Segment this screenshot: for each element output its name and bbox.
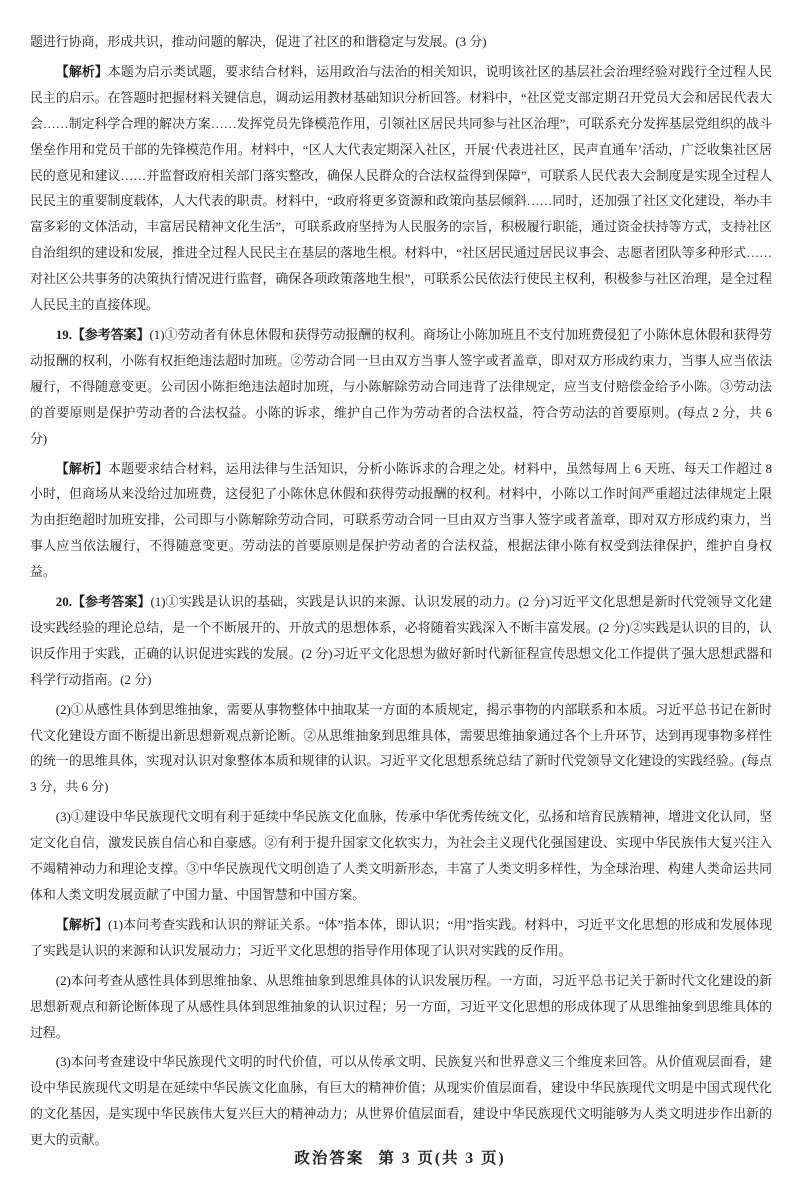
- q19-analysis-paragraph: 【解析】本题要求结合材料，运用法律与生活知识，分析小陈诉求的合理之处。材料中，虽…: [30, 457, 772, 587]
- q20-analysis-part1-paragraph: 【解析】(1)本问考查实践和认识的辩证关系。“体”指本体，即认识；“用”指实践。…: [30, 913, 772, 965]
- answer-sheet-body: 题进行协商，形成共识，推动问题的解决，促进了社区的和谐稳定与发展。(3 分) 【…: [30, 30, 772, 1154]
- q20-analysis-part2-paragraph: (2)本问考查从感性具体到思维抽象、从思维抽象到思维具体的认识发展历程。一方面，…: [30, 969, 772, 1047]
- exam-answer-page: { "document": { "paragraphs": [ { "prefi…: [0, 0, 800, 1198]
- paragraph-text: (1)本问考查实践和认识的辩证关系。“体”指本体，即认识；“用”指实践。材料中，…: [30, 918, 772, 958]
- reference-answer-label: 19.【参考答案】: [56, 328, 150, 342]
- q20-analysis-part3-paragraph: (3)本问考查建设中华民族现代文明的时代价值，可以从传承文明、民族复兴和世界意义…: [30, 1050, 772, 1154]
- page-footer: 政治答案第 3 页(共 3 页): [0, 1146, 800, 1168]
- q20-answer-part1-paragraph: 20.【参考答案】(1)①实践是认识的基础，实践是认识的来源、认识发展的动力。(…: [30, 590, 772, 694]
- paragraph-text: 题进行协商，形成共识，推动问题的解决，促进了社区的和谐稳定与发展。(3 分): [30, 35, 487, 49]
- analysis-label: 【解析】: [56, 462, 108, 476]
- paragraph-text: 本题要求结合材料，运用法律与生活知识，分析小陈诉求的合理之处。材料中，虽然每周上…: [30, 462, 772, 580]
- analysis-label: 【解析】: [56, 65, 108, 79]
- paragraph-text: 本题为启示类试题，要求结合材料，运用政治与法治的相关知识，说明该社区的基层社会治…: [30, 65, 772, 312]
- q18-answer-tail-paragraph: 题进行协商，形成共识，推动问题的解决，促进了社区的和谐稳定与发展。(3 分): [30, 30, 772, 56]
- q19-answer-paragraph: 19.【参考答案】(1)①劳动者有休息休假和获得劳动报酬的权利。商场让小陈加班且…: [30, 323, 772, 453]
- paragraph-text: (3)本问考查建设中华民族现代文明的时代价值，可以从传承文明、民族复兴和世界意义…: [30, 1055, 772, 1147]
- paragraph-text: (3)①建设中华民族现代文明有利于延续中华民族文化血脉，传承中华优秀传统文化，弘…: [30, 810, 772, 902]
- paragraph-text: (1)①劳动者有休息休假和获得劳动报酬的权利。商场让小陈加班且不支付加班费侵犯了…: [30, 328, 772, 446]
- q18-analysis-paragraph: 【解析】本题为启示类试题，要求结合材料，运用政治与法治的相关知识，说明该社区的基…: [30, 60, 772, 319]
- footer-page-number: 第 3 页(共 3 页): [378, 1150, 505, 1167]
- reference-answer-label: 20.【参考答案】: [56, 595, 151, 609]
- q20-answer-part3-paragraph: (3)①建设中华民族现代文明有利于延续中华民族文化血脉，传承中华优秀传统文化，弘…: [30, 805, 772, 909]
- paragraph-text: (2)①从感性具体到思维抽象，需要从事物整体中抽取某一方面的本质规定，揭示事物的…: [30, 703, 772, 795]
- footer-subject-label: 政治答案: [294, 1150, 364, 1167]
- analysis-label: 【解析】: [56, 918, 108, 932]
- paragraph-text: (2)本问考查从感性具体到思维抽象、从思维抽象到思维具体的认识发展历程。一方面，…: [30, 974, 772, 1040]
- q20-answer-part2-paragraph: (2)①从感性具体到思维抽象，需要从事物整体中抽取某一方面的本质规定，揭示事物的…: [30, 698, 772, 802]
